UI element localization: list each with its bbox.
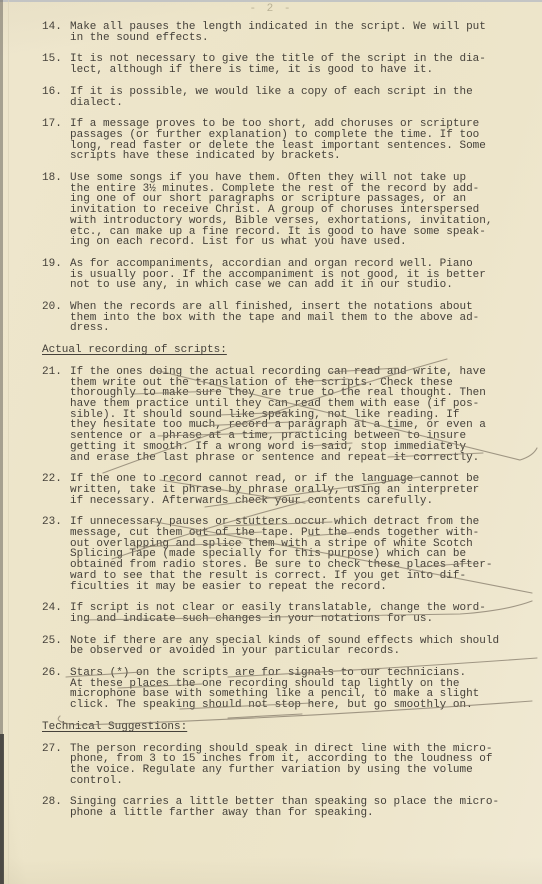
item-text: Stars (*) on the scripts are for signals… bbox=[70, 668, 510, 711]
paper-fold-line bbox=[8, 0, 9, 884]
list-item-24-struck: 24. If script is not clear or easily tra… bbox=[42, 603, 512, 624]
list-item-17: 17. If a message proves to be too short,… bbox=[42, 119, 512, 162]
item-number: 27. bbox=[42, 744, 70, 787]
list-item-16: 16. If it is possible, we would like a c… bbox=[42, 87, 512, 108]
item-number: 25. bbox=[42, 636, 70, 657]
section-heading-technical-suggestions: Technical Suggestions: bbox=[42, 722, 512, 733]
item-number: 22. bbox=[42, 474, 70, 506]
item-text: If the one to record cannot read, or if … bbox=[70, 474, 510, 506]
item-number: 14. bbox=[42, 22, 70, 43]
item-number: 21. bbox=[42, 367, 70, 463]
item-number: 19. bbox=[42, 259, 70, 291]
item-text: Make all pauses the length indicated in … bbox=[70, 22, 510, 43]
item-text: It is not necessary to give the title of… bbox=[70, 54, 510, 75]
item-text: If the ones doing the actual recording c… bbox=[70, 367, 510, 463]
item-text: If a message proves to be too short, add… bbox=[70, 119, 510, 162]
list-item-28: 28. Singing carries a little better than… bbox=[42, 797, 512, 818]
list-item-21-struck: 21. If the ones doing the actual recordi… bbox=[42, 367, 512, 463]
item-number: 20. bbox=[42, 302, 70, 334]
item-number: 17. bbox=[42, 119, 70, 162]
list-item-15: 15. It is not necessary to give the titl… bbox=[42, 54, 512, 75]
item-text: The person recording should speak in dir… bbox=[70, 744, 510, 787]
item-text: Use some songs if you have them. Often t… bbox=[70, 173, 510, 248]
scan-edge-top bbox=[0, 0, 542, 2]
page-number: - 2 - bbox=[0, 3, 542, 15]
item-text: As for accompaniments, accordian and org… bbox=[70, 259, 510, 291]
item-number: 24. bbox=[42, 603, 70, 624]
document-page: 14. Make all pauses the length indicated… bbox=[42, 22, 512, 830]
list-item-23-struck: 23. If unnecessary pauses or stutters oc… bbox=[42, 517, 512, 592]
item-number: 23. bbox=[42, 517, 70, 592]
list-item-18: 18. Use some songs if you have them. Oft… bbox=[42, 173, 512, 248]
list-item-26-struck: 26. Stars (*) on the scripts are for sig… bbox=[42, 668, 512, 711]
item-number: 15. bbox=[42, 54, 70, 75]
section-heading-actual-recording: Actual recording of scripts: bbox=[42, 345, 512, 356]
item-text: Singing carries a little better than spe… bbox=[70, 797, 510, 818]
list-item-19: 19. As for accompaniments, accordian and… bbox=[42, 259, 512, 291]
scan-edge-left-dark bbox=[0, 734, 4, 884]
item-text: If unnecessary pauses or stutters occur … bbox=[70, 517, 510, 592]
list-item-22: 22. If the one to record cannot read, or… bbox=[42, 474, 512, 506]
list-item-27: 27. The person recording should speak in… bbox=[42, 744, 512, 787]
item-text: If it is possible, we would like a copy … bbox=[70, 87, 510, 108]
item-number: 26. bbox=[42, 668, 70, 711]
list-item-25: 25. Note if there are any special kinds … bbox=[42, 636, 512, 657]
item-text: When the records are all finished, inser… bbox=[70, 302, 510, 334]
item-number: 18. bbox=[42, 173, 70, 248]
item-number: 16. bbox=[42, 87, 70, 108]
list-item-14: 14. Make all pauses the length indicated… bbox=[42, 22, 512, 43]
item-text: If script is not clear or easily transla… bbox=[70, 603, 510, 624]
item-text: Note if there are any special kinds of s… bbox=[70, 636, 510, 657]
list-item-20: 20. When the records are all finished, i… bbox=[42, 302, 512, 334]
item-number: 28. bbox=[42, 797, 70, 818]
